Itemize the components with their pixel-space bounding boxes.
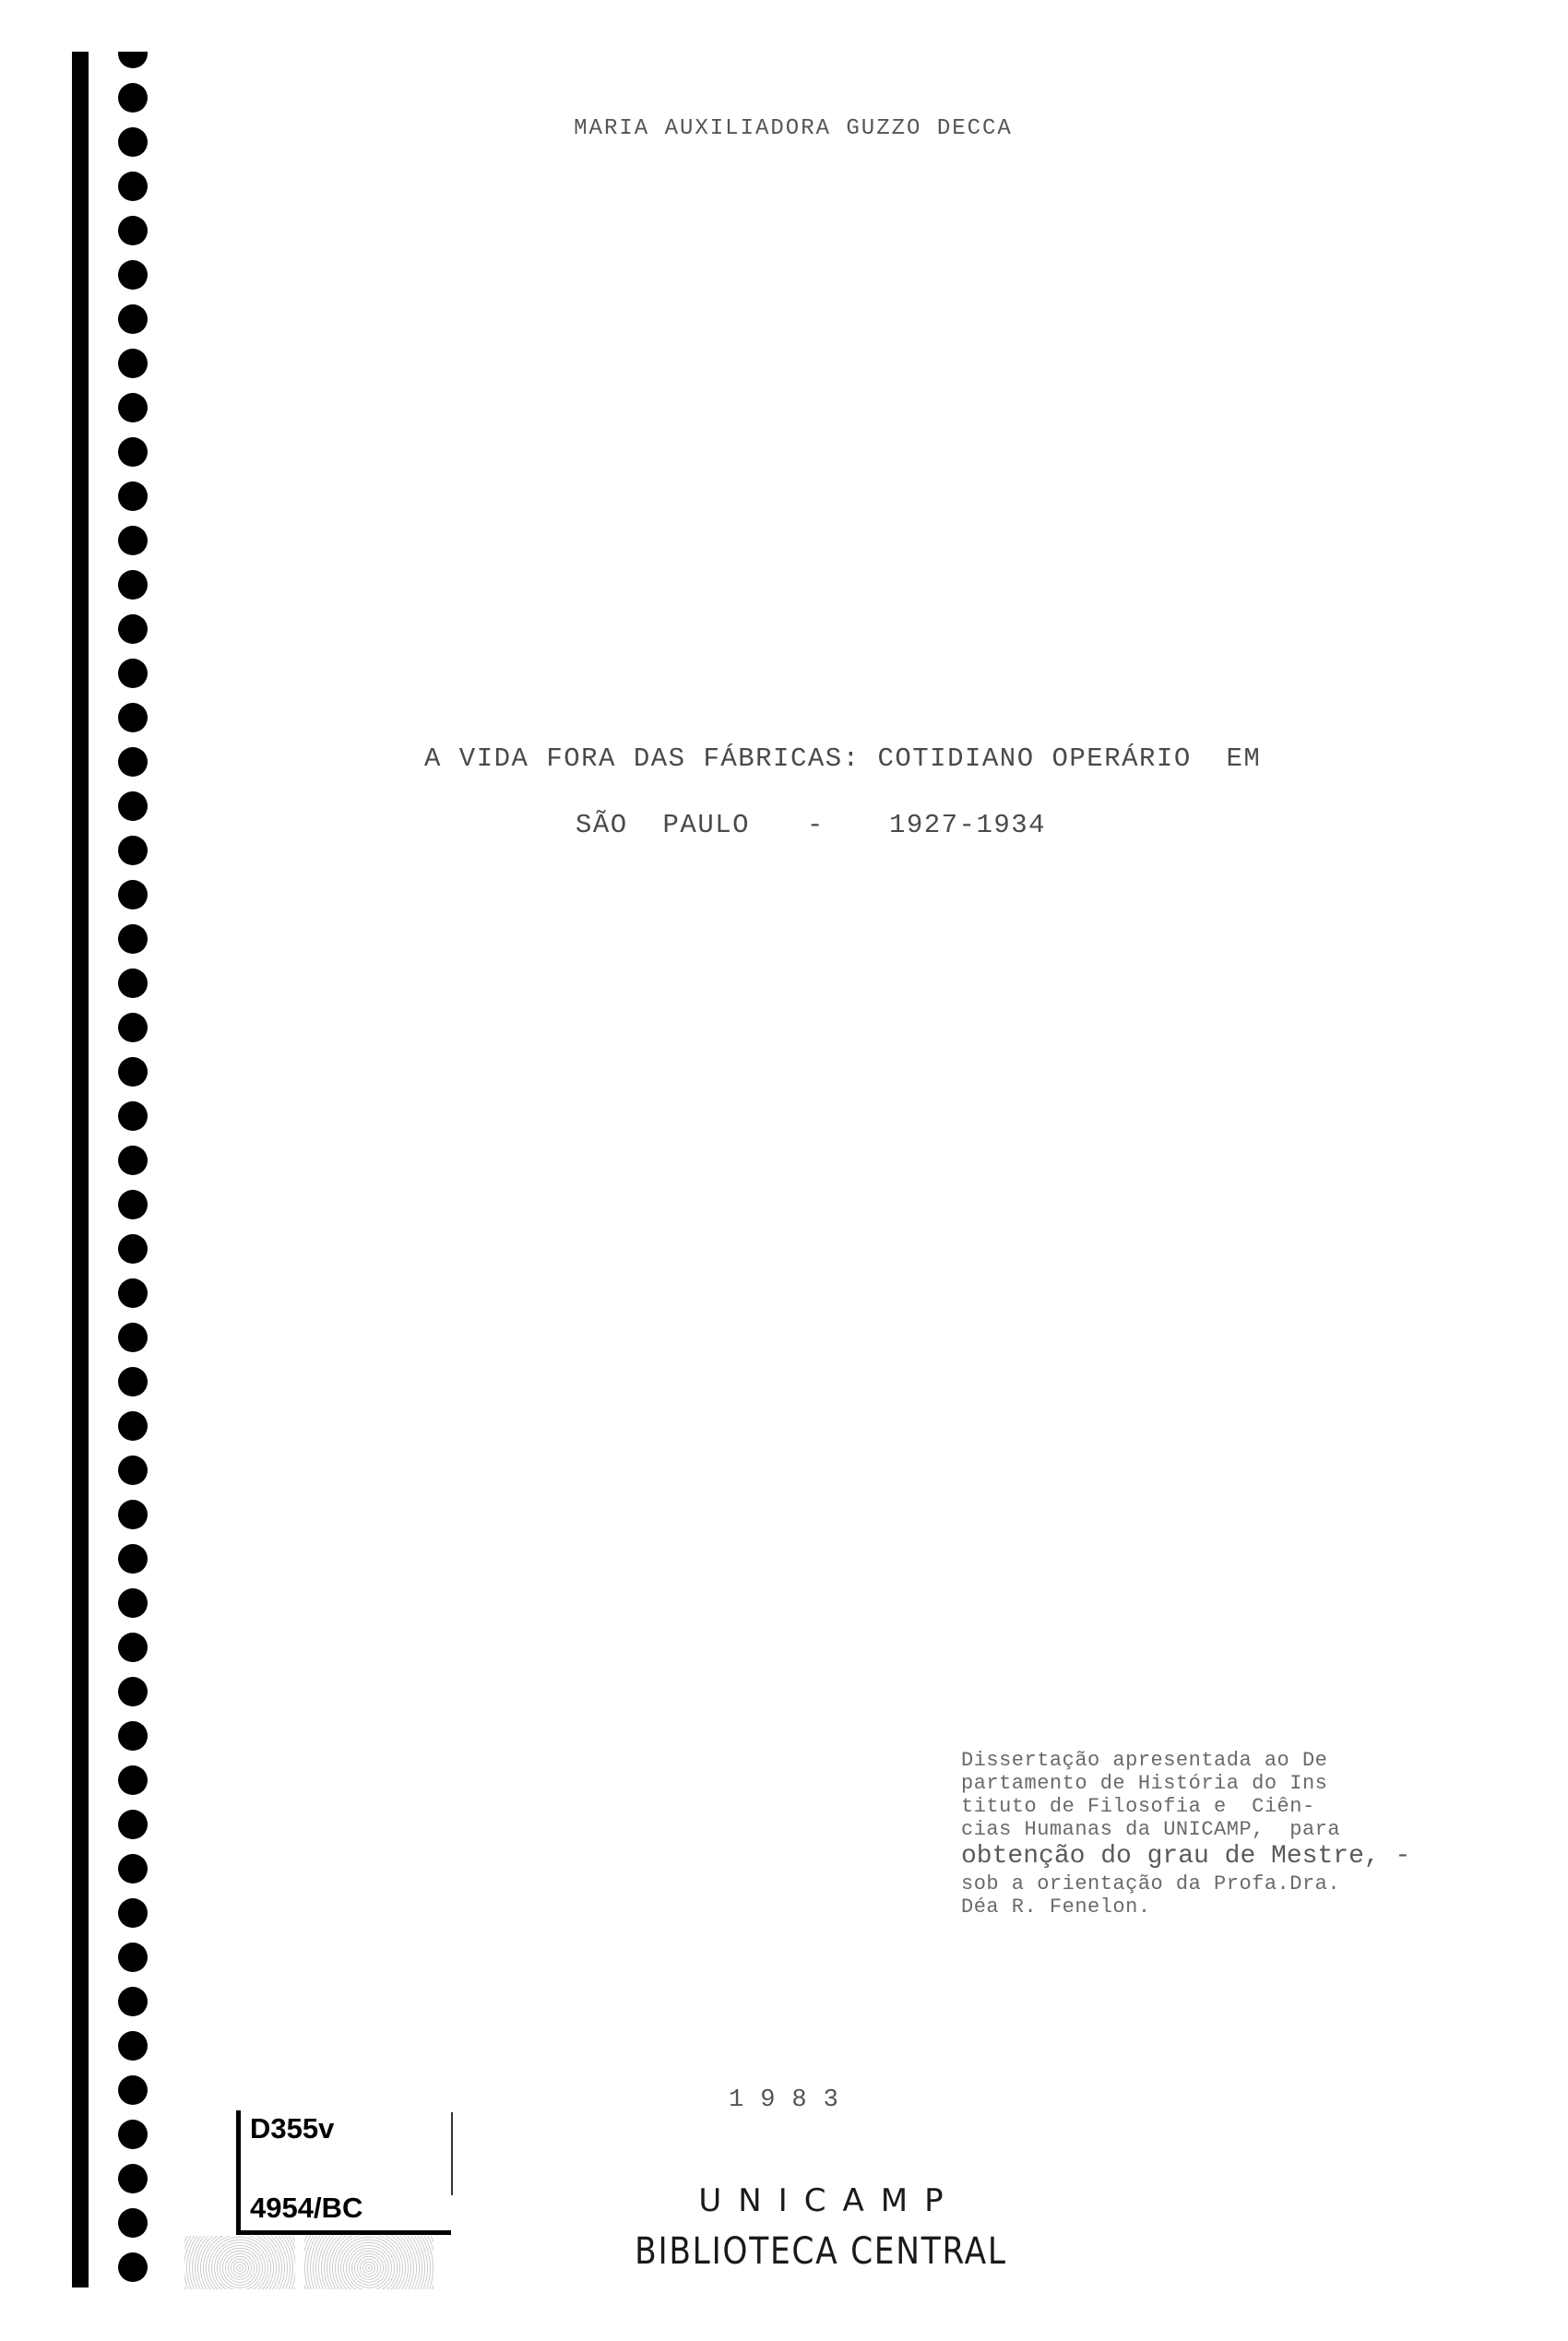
binding-hole [118,1633,148,1662]
binding-hole [118,1367,148,1396]
binding-hole [118,1234,148,1264]
binding-hole [118,2031,148,2061]
note-line: Dissertação apresentada ao De [961,1749,1441,1772]
binding-hole [118,83,148,113]
scan-smudge [184,2236,295,2289]
binding-hole [118,747,148,777]
binding-hole [118,1677,148,1706]
binding-hole [118,1411,148,1441]
library-institution: UNICAMP [590,2182,1051,2219]
binding-hole [118,1854,148,1883]
note-line: sob a orientação da Profa.Dra. [961,1872,1441,1895]
title-years: 1927-1934 [889,810,1046,840]
binding-hole [118,924,148,954]
binding-hole [118,1987,148,2016]
binding-hole [118,791,148,821]
binding-hole [118,304,148,334]
thesis-title-line2: SÃO PAULO-1927-1934 [576,810,1046,840]
note-line: obtenção do grau de Mestre, - [961,1841,1441,1872]
label-rule [451,2112,453,2195]
binding-hole [118,2252,148,2282]
binding-hole [118,2075,148,2105]
title-place: SÃO PAULO [576,810,750,840]
binding-hole [118,1323,148,1352]
scan-smudge [304,2236,434,2289]
thesis-title-page: MARIA AUXILIADORA GUZZO DECCA A VIDA FOR… [0,0,1568,2341]
binding-hole [118,349,148,378]
binding-hole [118,703,148,732]
binding-hole [118,570,148,600]
binding-hole [118,393,148,422]
dissertation-note: Dissertação apresentada ao De partamento… [961,1749,1441,1919]
binding-hole [118,1810,148,1839]
note-line: Déa R. Fenelon. [961,1895,1441,1919]
library-department: BIBLIOTECA CENTRAL [623,2230,1019,2273]
binding-hole [118,1765,148,1795]
binding-hole [118,1057,148,1087]
binding-hole [118,1146,148,1175]
binding-hole [118,659,148,688]
publication-year: 1983 [729,2086,855,2114]
library-stamp: UNICAMP BIBLIOTECA CENTRAL [590,2182,1051,2273]
binding-hole [118,1898,148,1928]
note-line: cias Humanas da UNICAMP, para [961,1818,1441,1841]
note-line: tituto de Filosofia e Ciên- [961,1795,1441,1818]
binding-hole [118,836,148,865]
call-number-code: D355v [250,2112,334,2145]
note-line: partamento de História do Ins [961,1772,1441,1795]
binding-hole [118,1013,148,1042]
author-name: MARIA AUXILIADORA GUZZO DECCA [0,116,1568,141]
binding-hole [118,880,148,909]
binding-strip [72,52,89,2288]
binding-hole [118,2164,148,2193]
accession-number: 4954/BC [250,2192,362,2225]
binding-hole [118,2208,148,2238]
binding-hole [118,216,148,245]
binding-hole [118,1190,148,1219]
binding-hole [118,1456,148,1485]
binding-hole [118,260,148,290]
binding-hole [118,1278,148,1308]
binding-hole [118,172,148,201]
binding-hole [118,968,148,998]
binding-hole [118,437,148,467]
binding-hole [118,1500,148,1529]
call-number-label: D355v 4954/BC [236,2110,451,2235]
binding-hole [118,1588,148,1618]
binding-hole [118,1721,148,1751]
thesis-title-line1: A VIDA FORA DAS FÁBRICAS: COTIDIANO OPER… [424,743,1261,774]
title-separator: - [807,810,825,840]
binding-hole [118,2120,148,2149]
binding-hole [118,1943,148,1972]
binding-hole [118,614,148,644]
binding-hole [118,481,148,511]
binding-hole [118,1101,148,1131]
binding-hole [118,52,148,68]
binding-hole [118,526,148,555]
binding-holes [118,52,151,2288]
binding-hole [118,1544,148,1574]
